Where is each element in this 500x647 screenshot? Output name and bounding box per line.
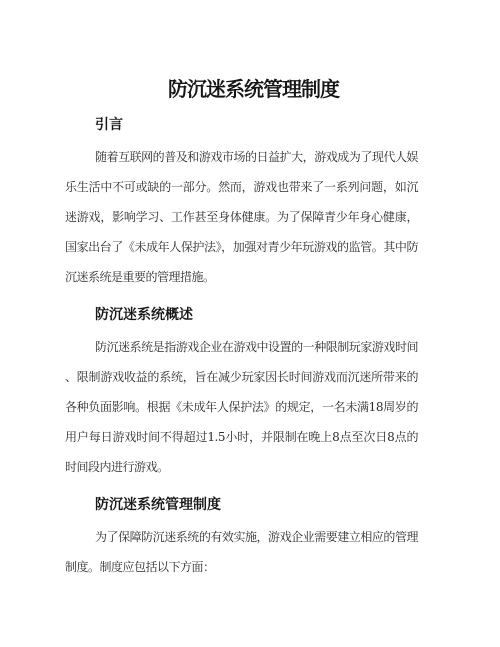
section-management-regulations: 防沉迷系统管理制度 为了保障防沉迷系统的有效实施，游戏企业需要建立相应的管理制度… — [65, 490, 418, 582]
paragraph: 随着互联网的普及和游戏市场的日益扩大，游戏成为了现代人娱乐生活中不可或缺的一部分… — [65, 142, 418, 292]
section-heading-overview: 防沉迷系统概述 — [65, 300, 418, 330]
document-page: 防沉迷系统管理制度 引言 随着互联网的普及和游戏市场的日益扩大，游戏成为了现代人… — [0, 0, 500, 647]
section-overview: 防沉迷系统概述 防沉迷系统是指游戏企业在游戏中设置的一种限制玩家游戏时间、限制游… — [65, 300, 418, 482]
section-heading-introduction: 引言 — [65, 110, 418, 140]
document-title: 防沉迷系统管理制度 — [65, 74, 442, 104]
section-heading-management-regulations: 防沉迷系统管理制度 — [65, 490, 418, 520]
section-introduction: 引言 随着互联网的普及和游戏市场的日益扩大，游戏成为了现代人娱乐生活中不可或缺的… — [65, 110, 418, 292]
paragraph: 为了保障防沉迷系统的有效实施，游戏企业需要建立相应的管理制度。制度应包括以下方面… — [65, 522, 418, 582]
paragraph: 防沉迷系统是指游戏企业在游戏中设置的一种限制玩家游戏时间、限制游戏收益的系统，旨… — [65, 332, 418, 482]
